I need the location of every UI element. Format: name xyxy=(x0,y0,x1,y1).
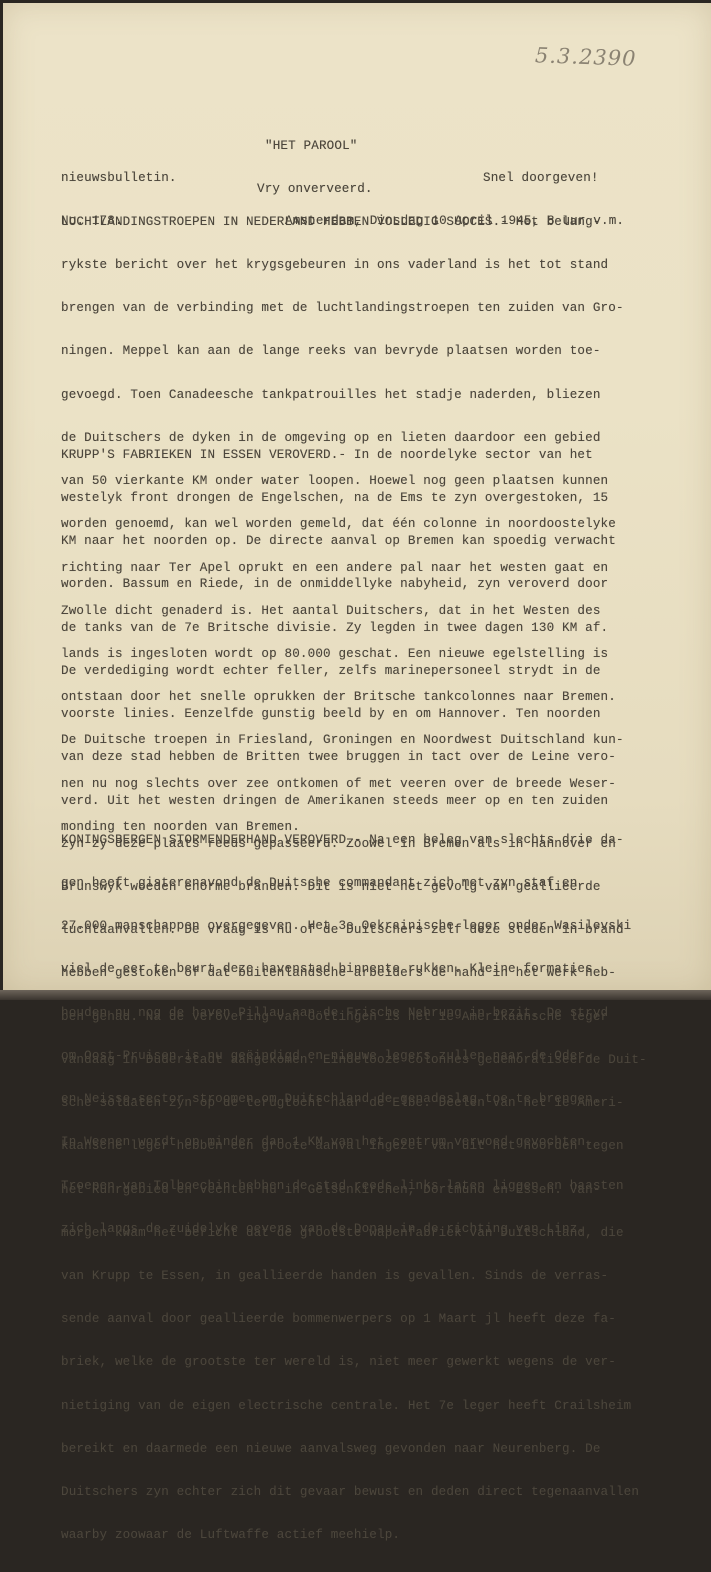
article-line: gen heeft gisterenavond de Duitsche comm… xyxy=(61,876,701,890)
article-line: LUCHTLANDINGSTROEPEN IN NEDERLAND HEBBEN… xyxy=(61,215,701,229)
bulletin-label: nieuwsbulletin. xyxy=(61,171,177,185)
article-line: gevoegd. Toen Canadeesche tankpatrouille… xyxy=(61,388,701,402)
instruction: Snel doorgeven! xyxy=(285,171,624,185)
article-line: worden. Bassum en Riede, in de onmiddell… xyxy=(61,577,701,591)
article-line: voorste linies. Eenzelfde gunstig beeld … xyxy=(61,707,701,721)
article-line: rykste bericht over het krygsgebeuren in… xyxy=(61,258,701,272)
article-koningsbergen: KONINGSBERGEN STORMENDERHAND VEROVERD.- … xyxy=(61,804,701,1000)
scan-edge xyxy=(0,990,711,1000)
article-line: KONINGSBERGEN STORMENDERHAND VEROVERD.- … xyxy=(61,833,701,847)
article-line: van deze stad hebben de Britten twee bru… xyxy=(61,750,701,764)
article-line: 27.000 manschappen overgegeven. Het 3e O… xyxy=(61,919,701,933)
archive-note: 5.3.2390 xyxy=(535,43,637,71)
article-line: ningen. Meppel kan aan de lange reeks va… xyxy=(61,344,701,358)
article-line: KRUPP'S FABRIEKEN IN ESSEN VEROVERD.- In… xyxy=(61,448,701,462)
article-line: viel de eer te beurt deze havenstad binn… xyxy=(61,962,701,976)
article-line: de tanks van de 7e Britsche divisie. Zy … xyxy=(61,621,701,635)
article-line: westelyk front drongen de Engelschen, na… xyxy=(61,491,701,505)
article-line: De verdediging wordt echter feller, zelf… xyxy=(61,664,701,678)
article-line: brengen van de verbinding met de luchtla… xyxy=(61,301,701,315)
article-line: KM naar het noorden op. De directe aanva… xyxy=(61,534,701,548)
typewritten-page: 5.3.2390 "HET PAROOL" Vry onverveerd. ni… xyxy=(3,3,711,993)
